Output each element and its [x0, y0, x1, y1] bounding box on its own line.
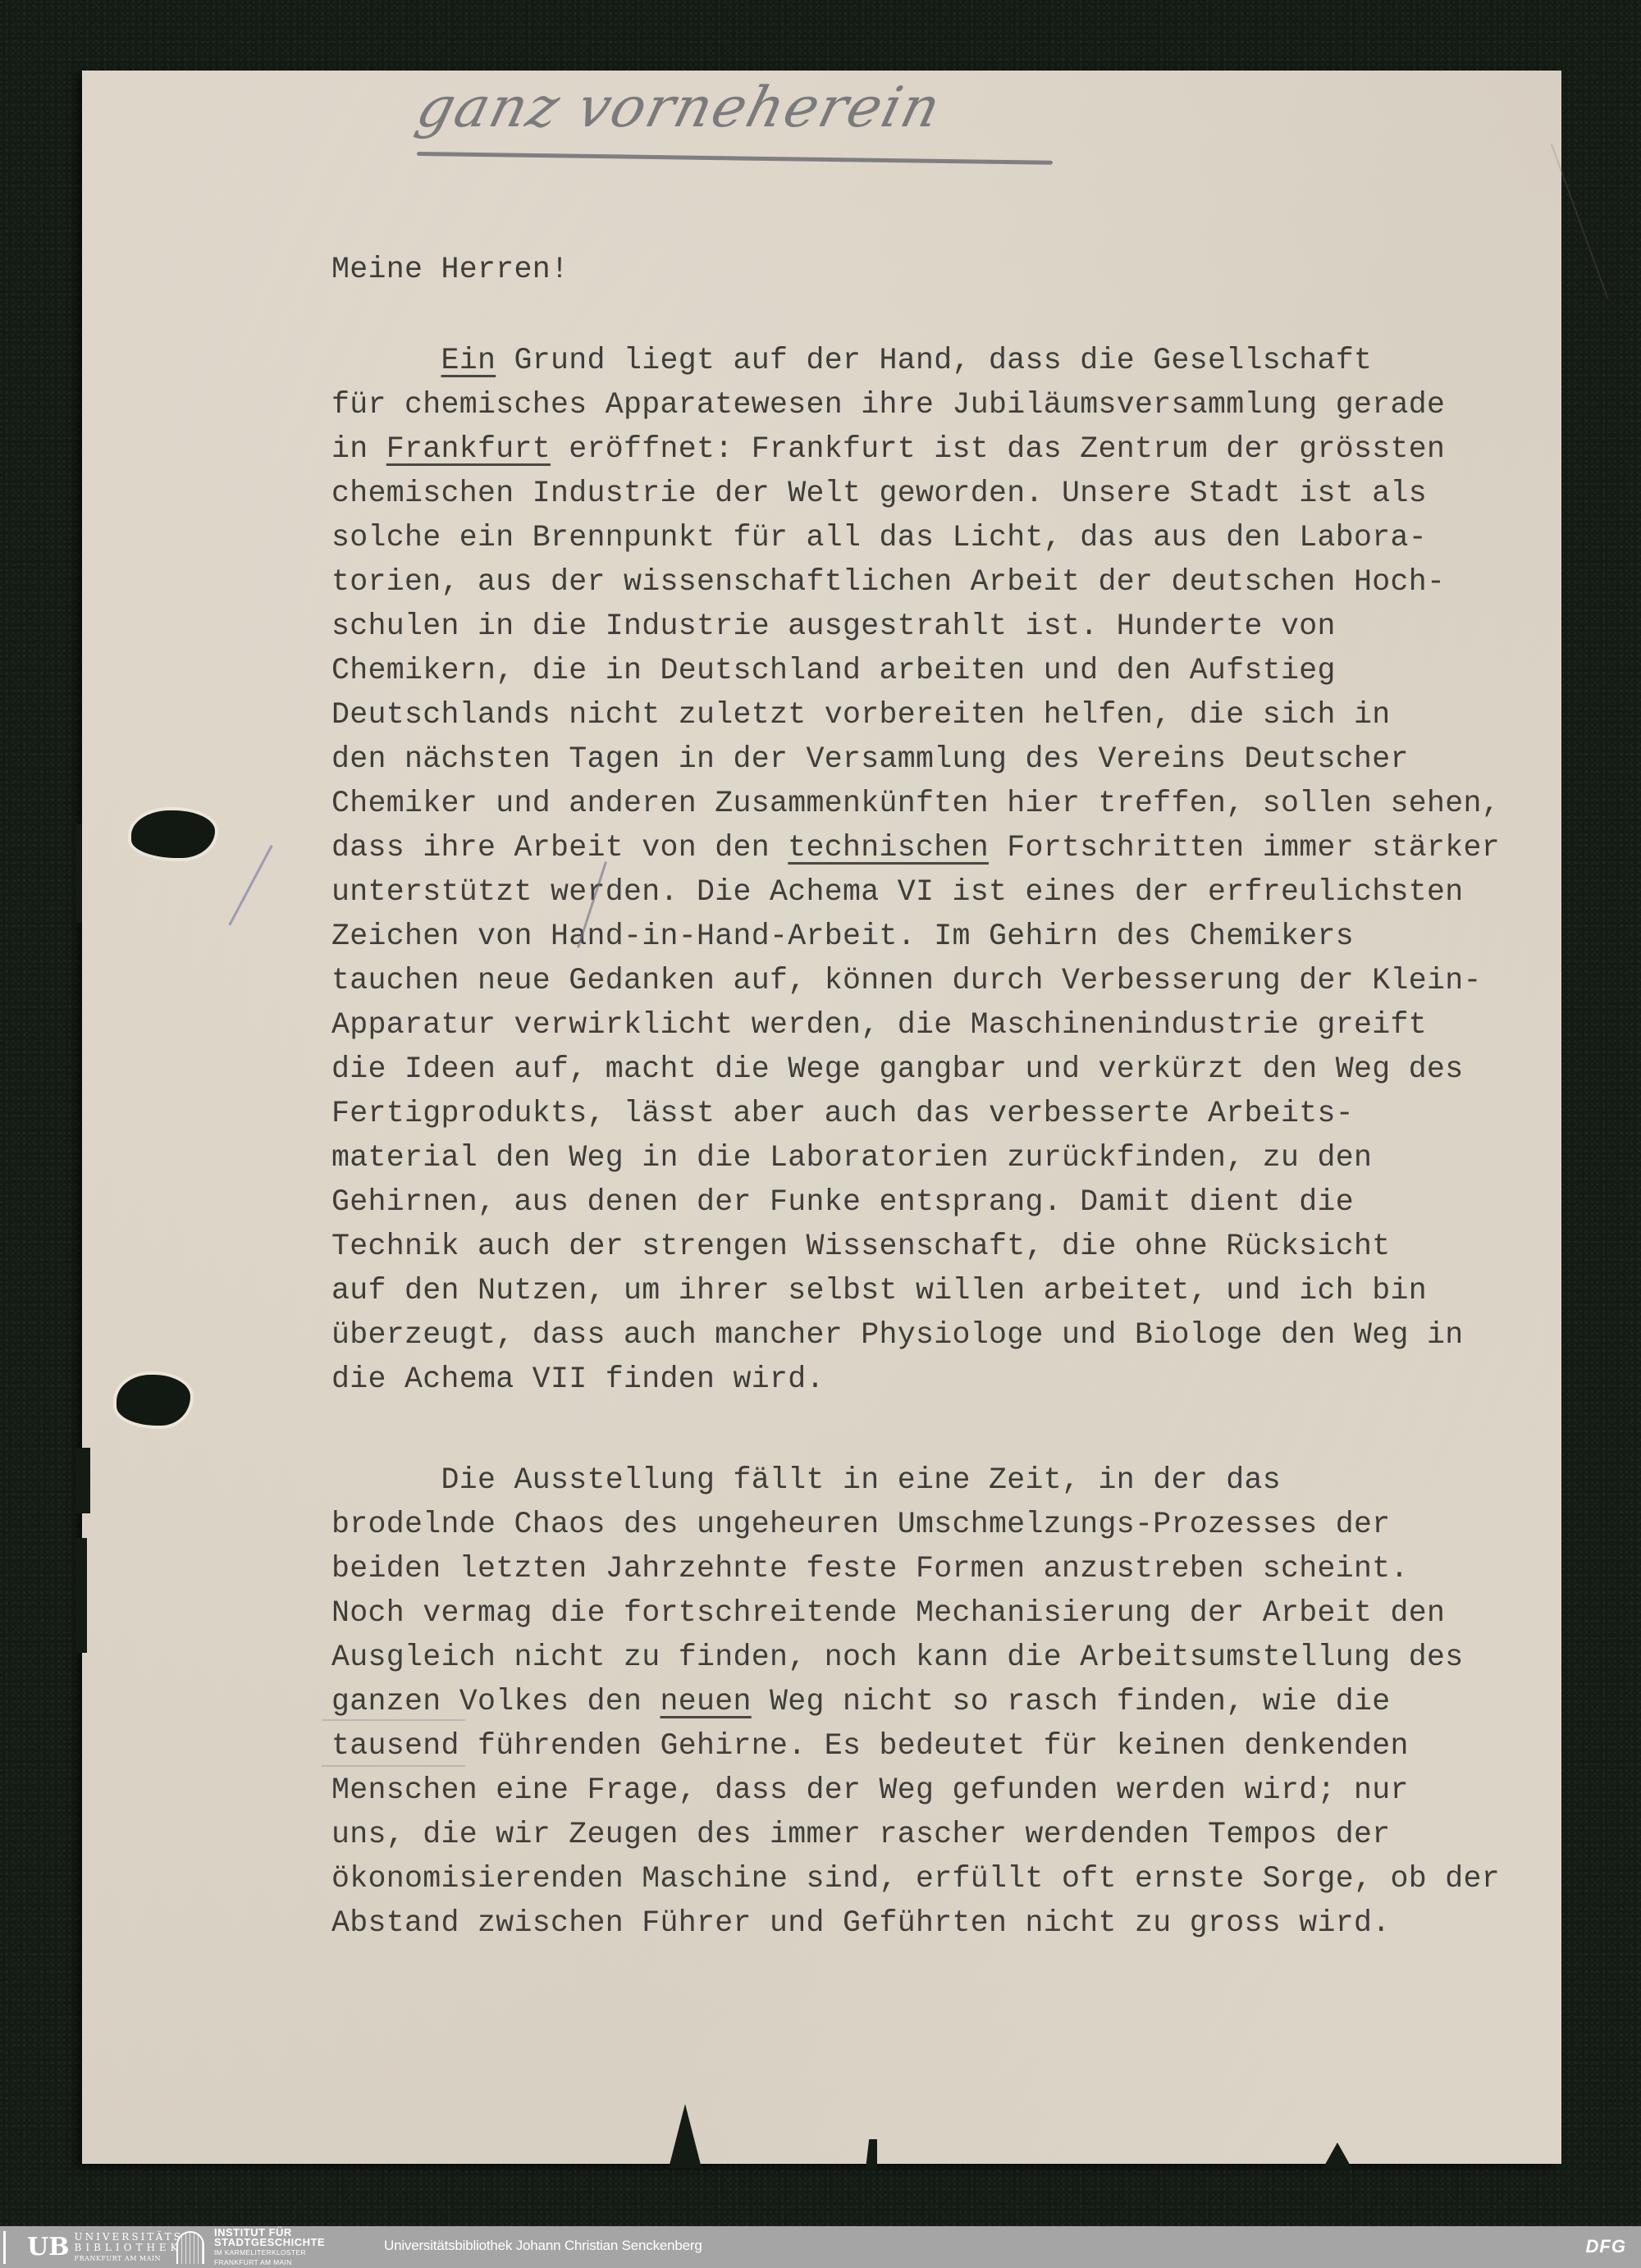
text-line: Fertigprodukts, lässt aber auch das verb… — [331, 1092, 1500, 1136]
ub-line-1: UNIVERSITÄTS — [75, 2232, 183, 2243]
text-line: tausend führenden Gehirne. Es bedeutet f… — [331, 1724, 1500, 1768]
paragraph-1: Ein Grund liegt auf der Hand, dass die G… — [331, 339, 1500, 1402]
underlined-word: Frankfurt — [386, 432, 551, 466]
text-line: solche ein Brennpunkt für all das Licht,… — [331, 516, 1500, 560]
text-line: Technik auch der strengen Wissenschaft, … — [331, 1225, 1500, 1269]
handwritten-annotation: ganz vorneherein — [410, 75, 948, 140]
punch-hole — [117, 1375, 190, 1426]
salutation: Meine Herren! — [331, 248, 569, 292]
line-text: Grund liegt auf der Hand, dass die Gesel… — [496, 344, 1372, 377]
line-text: Apparatur verwirklicht werden, die Masch… — [331, 1008, 1427, 1042]
text-line: auf den Nutzen, um ihrer selbst willen a… — [331, 1269, 1500, 1313]
ub-line-2: BIBLIOTHEK — [75, 2243, 183, 2253]
text-line: uns, die wir Zeugen des immer rascher we… — [331, 1813, 1500, 1857]
text-line: Apparatur verwirklicht werden, die Masch… — [331, 1003, 1500, 1047]
text-line: Zeichen von Hand-in-Hand-Arbeit. Im Gehi… — [331, 915, 1500, 959]
underlined-word: technischen — [788, 831, 989, 865]
text-line: den nächsten Tagen in der Versammlung de… — [331, 737, 1500, 782]
line-text: Chemikern, die in Deutschland arbeiten u… — [331, 654, 1336, 687]
text-line: ganzen Volkes den neuen Weg nicht so ras… — [331, 1680, 1500, 1724]
text-line: Gehirnen, aus denen der Funke entsprang.… — [331, 1180, 1500, 1225]
edge-tear — [75, 1538, 87, 1653]
line-text: Technik auch der strengen Wissenschaft, … — [331, 1230, 1391, 1263]
dfg-logo[interactable]: DFG — [1586, 2236, 1626, 2257]
text-line: ökonomisierenden Maschine sind, erfüllt … — [331, 1857, 1500, 1901]
text-line: Chemiker und anderen Zusammenkünften hie… — [331, 782, 1500, 826]
line-text: chemischen Industrie der Welt geworden. … — [331, 477, 1427, 510]
line-text: die Achema VII finden wird. — [331, 1362, 825, 1396]
ub-mark: UB — [3, 2231, 70, 2264]
line-text: torien, aus der wissenschaftlichen Arbei… — [331, 565, 1445, 599]
line-text: ökonomisierenden Maschine sind, erfüllt … — [331, 1862, 1500, 1896]
text-line: schulen in die Industrie ausgestrahlt is… — [331, 605, 1500, 649]
text-line: in Frankfurt eröffnet: Frankfurt ist das… — [331, 427, 1500, 472]
paragraph-2: Die Ausstellung fällt in eine Zeit, in d… — [331, 1458, 1500, 1946]
line-text: in — [331, 432, 386, 466]
text-line: überzeugt, dass auch mancher Physiologe … — [331, 1313, 1500, 1358]
edge-tear — [75, 824, 82, 923]
line-text: schulen in die Industrie ausgestrahlt is… — [331, 609, 1336, 643]
line-text — [331, 344, 441, 377]
isg-line-4: FRANKFURT AM MAIN — [214, 2257, 325, 2267]
text-line: Chemikern, die in Deutschland arbeiten u… — [331, 649, 1500, 693]
line-text: unterstützt werden. Die Achema VI ist ei… — [331, 875, 1464, 909]
line-text: Menschen eine Frage, dass der Weg gefund… — [331, 1773, 1409, 1807]
isg-logo[interactable]: INSTITUT FÜR STADTGESCHICHTE IM KARMELIT… — [176, 2231, 325, 2264]
underlined-word: neuen — [661, 1685, 752, 1718]
text-line: tauchen neue Gedanken auf, können durch … — [331, 959, 1500, 1003]
line-text: Fortschritten immer stärker — [989, 831, 1500, 865]
line-text: eröffnet: Frankfurt ist das Zentrum der … — [551, 432, 1445, 466]
text-line: chemischen Industrie der Welt geworden. … — [331, 472, 1500, 516]
line-text: Deutschlands nicht zuletzt vorbereiten h… — [331, 698, 1391, 732]
line-text: Fertigprodukts, lässt aber auch das verb… — [331, 1097, 1354, 1130]
line-text: material den Weg in die Laboratorien zur… — [331, 1141, 1372, 1175]
ub-line-3: FRANKFURT AM MAIN — [75, 2253, 183, 2264]
line-text: überzeugt, dass auch mancher Physiologe … — [331, 1318, 1464, 1352]
paper-crease — [1551, 144, 1608, 299]
line-text: uns, die wir Zeugen des immer rascher we… — [331, 1818, 1391, 1851]
line-text: Die Ausstellung fällt in eine Zeit, in d… — [331, 1463, 1281, 1497]
text-line: für chemisches Apparatewesen ihre Jubilä… — [331, 383, 1500, 427]
line-text: Chemiker und anderen Zusammenkünften hie… — [331, 787, 1500, 820]
line-text: solche ein Brennpunkt für all das Licht,… — [331, 521, 1427, 554]
line-text: den nächsten Tagen in der Versammlung de… — [331, 742, 1409, 776]
text-line: Noch vermag die fortschreitende Mechanis… — [331, 1591, 1500, 1636]
underlined-word: Ein — [441, 344, 496, 377]
line-text: Noch vermag die fortschreitende Mechanis… — [331, 1596, 1445, 1630]
line-text: brodelnde Chaos des ungeheuren Umschmelz… — [331, 1508, 1391, 1541]
isg-line-3: IM KARMELITERKLOSTER — [214, 2247, 325, 2257]
text-line: Ausgleich nicht zu finden, noch kann die… — [331, 1636, 1500, 1680]
line-text: Weg nicht so rasch finden, wie die — [752, 1685, 1391, 1718]
text-line: die Achema VII finden wird. — [331, 1358, 1500, 1402]
text-line: Deutschlands nicht zuletzt vorbereiten h… — [331, 693, 1500, 737]
pencil-strikethrough — [322, 1719, 465, 1767]
line-text: für chemisches Apparatewesen ihre Jubilä… — [331, 388, 1445, 422]
text-line: Ein Grund liegt auf der Hand, dass die G… — [331, 339, 1500, 383]
line-text: tauchen neue Gedanken auf, können durch … — [331, 964, 1482, 997]
line-text: Abstand zwischen Führer und Geführten ni… — [331, 1906, 1391, 1940]
line-text: die Ideen auf, macht die Wege gangbar un… — [331, 1052, 1464, 1086]
line-text: Zeichen von Hand-in-Hand-Arbeit. Im Gehi… — [331, 920, 1354, 953]
line-text: ganzen Volkes den — [331, 1685, 661, 1718]
library-title: Universitätsbibliothek Johann Christian … — [384, 2238, 702, 2254]
text-line: die Ideen auf, macht die Wege gangbar un… — [331, 1047, 1500, 1092]
text-line: unterstützt werden. Die Achema VI ist ei… — [331, 870, 1500, 915]
ub-logo-text: UNIVERSITÄTS BIBLIOTHEK FRANKFURT AM MAI… — [75, 2232, 183, 2264]
line-text: Gehirnen, aus denen der Funke entsprang.… — [331, 1185, 1354, 1219]
text-line: Menschen eine Frage, dass der Weg gefund… — [331, 1768, 1500, 1813]
line-text: auf den Nutzen, um ihrer selbst willen a… — [331, 1274, 1427, 1307]
text-line: beiden letzten Jahrzehnte feste Formen a… — [331, 1547, 1500, 1591]
text-line: material den Weg in die Laboratorien zur… — [331, 1136, 1500, 1180]
text-line: torien, aus der wissenschaftlichen Arbei… — [331, 560, 1500, 605]
footer-bar: UB UNIVERSITÄTS BIBLIOTHEK FRANKFURT AM … — [0, 2226, 1641, 2268]
text-line: Abstand zwischen Führer und Geführten ni… — [331, 1901, 1500, 1946]
line-text: beiden letzten Jahrzehnte feste Formen a… — [331, 1552, 1409, 1586]
isg-logo-text: INSTITUT FÜR STADTGESCHICHTE IM KARMELIT… — [214, 2228, 325, 2267]
line-text: dass ihre Arbeit von den — [331, 831, 788, 865]
text-line: dass ihre Arbeit von den technischen For… — [331, 826, 1500, 870]
ub-logo[interactable]: UB UNIVERSITÄTS BIBLIOTHEK FRANKFURT AM … — [3, 2231, 183, 2264]
punch-hole — [131, 810, 215, 858]
text-line: Die Ausstellung fällt in eine Zeit, in d… — [331, 1458, 1500, 1503]
arch-icon — [176, 2231, 204, 2264]
edge-tear — [75, 1448, 90, 1513]
text-line: brodelnde Chaos des ungeheuren Umschmelz… — [331, 1503, 1500, 1547]
line-text: Ausgleich nicht zu finden, noch kann die… — [331, 1641, 1464, 1674]
line-text: tausend führenden Gehirne. Es bedeutet f… — [331, 1729, 1409, 1763]
isg-line-2: STADTGESCHICHTE — [214, 2238, 325, 2247]
